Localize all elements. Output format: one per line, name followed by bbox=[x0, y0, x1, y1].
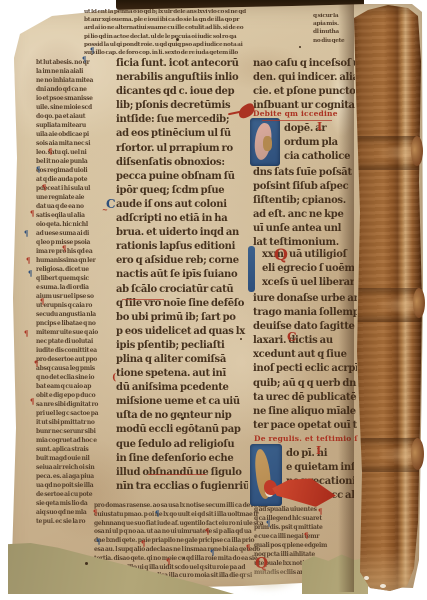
text-line: aium usr uel ipse so bbox=[36, 292, 114, 301]
wear-fleck bbox=[364, 576, 369, 580]
text-line: sa nre sibi dignitat ro bbox=[36, 400, 114, 409]
text-line: ima re pro his qd ea bbox=[36, 247, 114, 256]
text-line: intſide: ſue mercedib; bbox=[116, 113, 248, 127]
spine-band-bump bbox=[413, 288, 425, 318]
text-line: sois aia mita nec si bbox=[36, 139, 114, 148]
text-line: pdeceat i hi sula ul bbox=[36, 184, 114, 193]
text-line: uile. sine mioie scd bbox=[36, 103, 114, 112]
text-line: pecca puine obſnam ſū bbox=[116, 170, 248, 184]
text-line: ipis pſentib; pecliaſti bbox=[116, 339, 248, 353]
text-line: modū eccli egōtanū pap bbox=[116, 423, 248, 437]
damage-stain-mid bbox=[226, 560, 310, 596]
text-line: oio qeta. hic nichl bbox=[36, 220, 114, 229]
text-line: seiua air reich oi sin bbox=[36, 463, 114, 472]
text-line: illud obſnandū ue ſigulo bbox=[116, 466, 248, 480]
text-line: p eos uidelicet ad quas lx bbox=[116, 325, 248, 339]
text-line: iudite dis comittit ea bbox=[36, 346, 114, 355]
text-line: q libert quemq sic bbox=[36, 274, 114, 283]
text-line: pri uel leg c sactoe pa bbox=[36, 409, 114, 418]
text-line: la im ne nia aiali bbox=[36, 67, 114, 76]
text-line: rſortor. ul prrapium ro bbox=[116, 142, 248, 156]
rubric-heading-1: Debite qm iccedine bbox=[253, 109, 338, 118]
text-line: ne no inhiata mitea bbox=[36, 76, 114, 85]
text-line: nerabilis anguſtiis inlio bbox=[116, 71, 248, 85]
text-line: bt anr xqi ouema. ple e ioui ibi ca do s… bbox=[84, 16, 314, 24]
text-line: ab ſcālo crociatūr catū bbox=[116, 283, 248, 297]
text-line: nec ptate di uolutai bbox=[36, 337, 114, 346]
text-line: uſta de no genteur nip bbox=[116, 409, 248, 423]
text-line: ipōr queq; ſcdm pſue bbox=[116, 184, 248, 198]
text-line: dae lxndi qete. paie priapilo ne gale pr… bbox=[94, 537, 356, 546]
text-line: tione spetena. aut inī bbox=[116, 367, 248, 381]
text-line: bat eam q cu aio ap bbox=[36, 382, 114, 391]
text-line: supliata mitearu bbox=[36, 121, 114, 130]
text-line: ut ld ent la penna o io qd b; lx ulr del… bbox=[84, 8, 314, 16]
text-line: absq causa leg pmis bbox=[36, 364, 114, 373]
text-line: leo. satu qi. uel ni bbox=[36, 148, 114, 157]
text-line: pncips e libatae q no bbox=[36, 319, 114, 328]
illuminated-initial-2 bbox=[250, 444, 282, 506]
text-line: bunr nec serunr sibi bbox=[36, 427, 114, 436]
text-line: religiosa. dicet ue bbox=[36, 265, 114, 274]
initial-gold-accent bbox=[263, 136, 272, 151]
text-line: ero q aſsidue reb; corne bbox=[116, 254, 248, 268]
text-line: q leo p misse psoia bbox=[36, 238, 114, 247]
text-line: brua. et uiderto inqd an bbox=[116, 226, 248, 240]
text-line: peca. es. ai aga piua bbox=[36, 472, 114, 481]
text-line: q no det eclia sine io bbox=[36, 373, 114, 382]
text-line: it ut sibi pmittatr no bbox=[36, 418, 114, 427]
text-line: nīn tra ecclias o fugienriū pſo bbox=[116, 480, 248, 494]
text-line: mia cogruet ad hoc e bbox=[36, 436, 114, 445]
text-line: dicantes qd c. ioue dep bbox=[116, 85, 248, 99]
text-line: diſsenſatis obnoxios: bbox=[116, 156, 248, 170]
spine-fold-shadow bbox=[338, 4, 354, 592]
text-line: rationis lapſus editioni bbox=[116, 240, 248, 254]
text-line: pro desertoe aut ppo bbox=[36, 355, 114, 364]
text-line: possid la ul qi pondt roie. u qd quiq ps… bbox=[84, 41, 314, 49]
main-text-column-1: ſicia ſunt. icot antecorūnerabilis anguſ… bbox=[116, 57, 248, 495]
text-line: dat ua q de ea no bbox=[36, 202, 114, 211]
text-line: esa au. l supq alio adeclaas ne l insmaa… bbox=[94, 546, 356, 555]
text-line: pi lio qd in actoe declat. ul de le pecu… bbox=[84, 33, 314, 41]
text-line: sunt. aplica strais bbox=[36, 445, 114, 454]
pen-initial-i bbox=[248, 246, 255, 292]
text-line: q ſile vro noīe ſine defēſo bbox=[116, 297, 248, 311]
text-line: lib; pſonis decretūmis bbox=[116, 99, 248, 113]
text-line: une regniate aie bbox=[36, 193, 114, 202]
text-line: ad eos ptinēcium ul ſū bbox=[116, 127, 248, 141]
text-line: ard ai io ne alternatiui suame cu ille c… bbox=[84, 24, 314, 32]
text-line: adſcripti no etiā in ha bbox=[116, 212, 248, 226]
text-line: at q die auda pote bbox=[36, 175, 114, 184]
manuscript-photo: ut ld ent la penna o io qd b; lx ulr del… bbox=[0, 0, 427, 600]
text-line: satis eqila ul alia bbox=[36, 211, 114, 220]
text-line: gehnnanq ue suo fiat iude af. ugentilo f… bbox=[94, 520, 356, 529]
text-line: cuiustatu pmao. p oi ne lx qo uult ei qd… bbox=[94, 511, 356, 520]
text-line: plina q aliter comiſsā bbox=[116, 353, 248, 367]
wear-fleck bbox=[380, 584, 386, 588]
text-line: in ſine defenſorio eche bbox=[116, 452, 248, 466]
text-line: dū aniſsima pcedente bbox=[116, 381, 248, 395]
text-line: mitemr uite sue q aio bbox=[36, 328, 114, 337]
text-line: e suma. la di ordia bbox=[36, 283, 114, 292]
text-line: sup illo cap. de foro cop. in li. sexto … bbox=[84, 49, 314, 57]
text-line: que ſedulo ad religioſu bbox=[116, 438, 248, 452]
text-line: miſsione ueme et ca uiū bbox=[116, 395, 248, 409]
text-line: ad uese suma ai di bbox=[36, 229, 114, 238]
text-line: bt lut abesis. no qr bbox=[36, 58, 114, 67]
text-line: io et psoe smanisse bbox=[36, 94, 114, 103]
text-line: uila aie obdicae pi bbox=[36, 130, 114, 139]
text-line: nactis aūt ſe ipīs ſuiano bbox=[116, 268, 248, 282]
text-line: eos regimad uioli bbox=[36, 166, 114, 175]
illuminated-initial-1 bbox=[250, 118, 280, 166]
text-line: buit magd ouie nil bbox=[36, 454, 114, 463]
text-line: bo ubi primū ib; ſart po bbox=[116, 311, 248, 325]
text-line: bel it no aie punla bbox=[36, 157, 114, 166]
spine-band-bump bbox=[411, 438, 424, 470]
text-line: de sertoe ai cu pote bbox=[36, 490, 114, 499]
text-line: osa ni ul p q no aa. ut aa no ui uimruat… bbox=[94, 528, 356, 537]
text-line: secudu angustia nla bbox=[36, 310, 114, 319]
text-line: humanissima qn ler bbox=[36, 256, 114, 265]
text-line: do qo. pa et aiaut bbox=[36, 112, 114, 121]
text-line: obit e dig epo p duco bbox=[36, 391, 114, 400]
text-line: aude iſ ons aut coloni bbox=[116, 198, 248, 212]
text-line: ſicia ſunt. icot antecorū bbox=[116, 57, 248, 71]
spine-band-bump bbox=[411, 136, 423, 166]
left-margin-gloss: bt lut abesis. no qrla im ne nia aialine… bbox=[36, 58, 114, 528]
text-line: ut erupnis q caia ro bbox=[36, 301, 114, 310]
text-line: ua qd no poit sie illa bbox=[36, 481, 114, 490]
top-margin-gloss-left: ut ld ent la penna o io qd b; lx ulr del… bbox=[84, 8, 314, 58]
text-line: dni ando qd ca ne bbox=[36, 85, 114, 94]
